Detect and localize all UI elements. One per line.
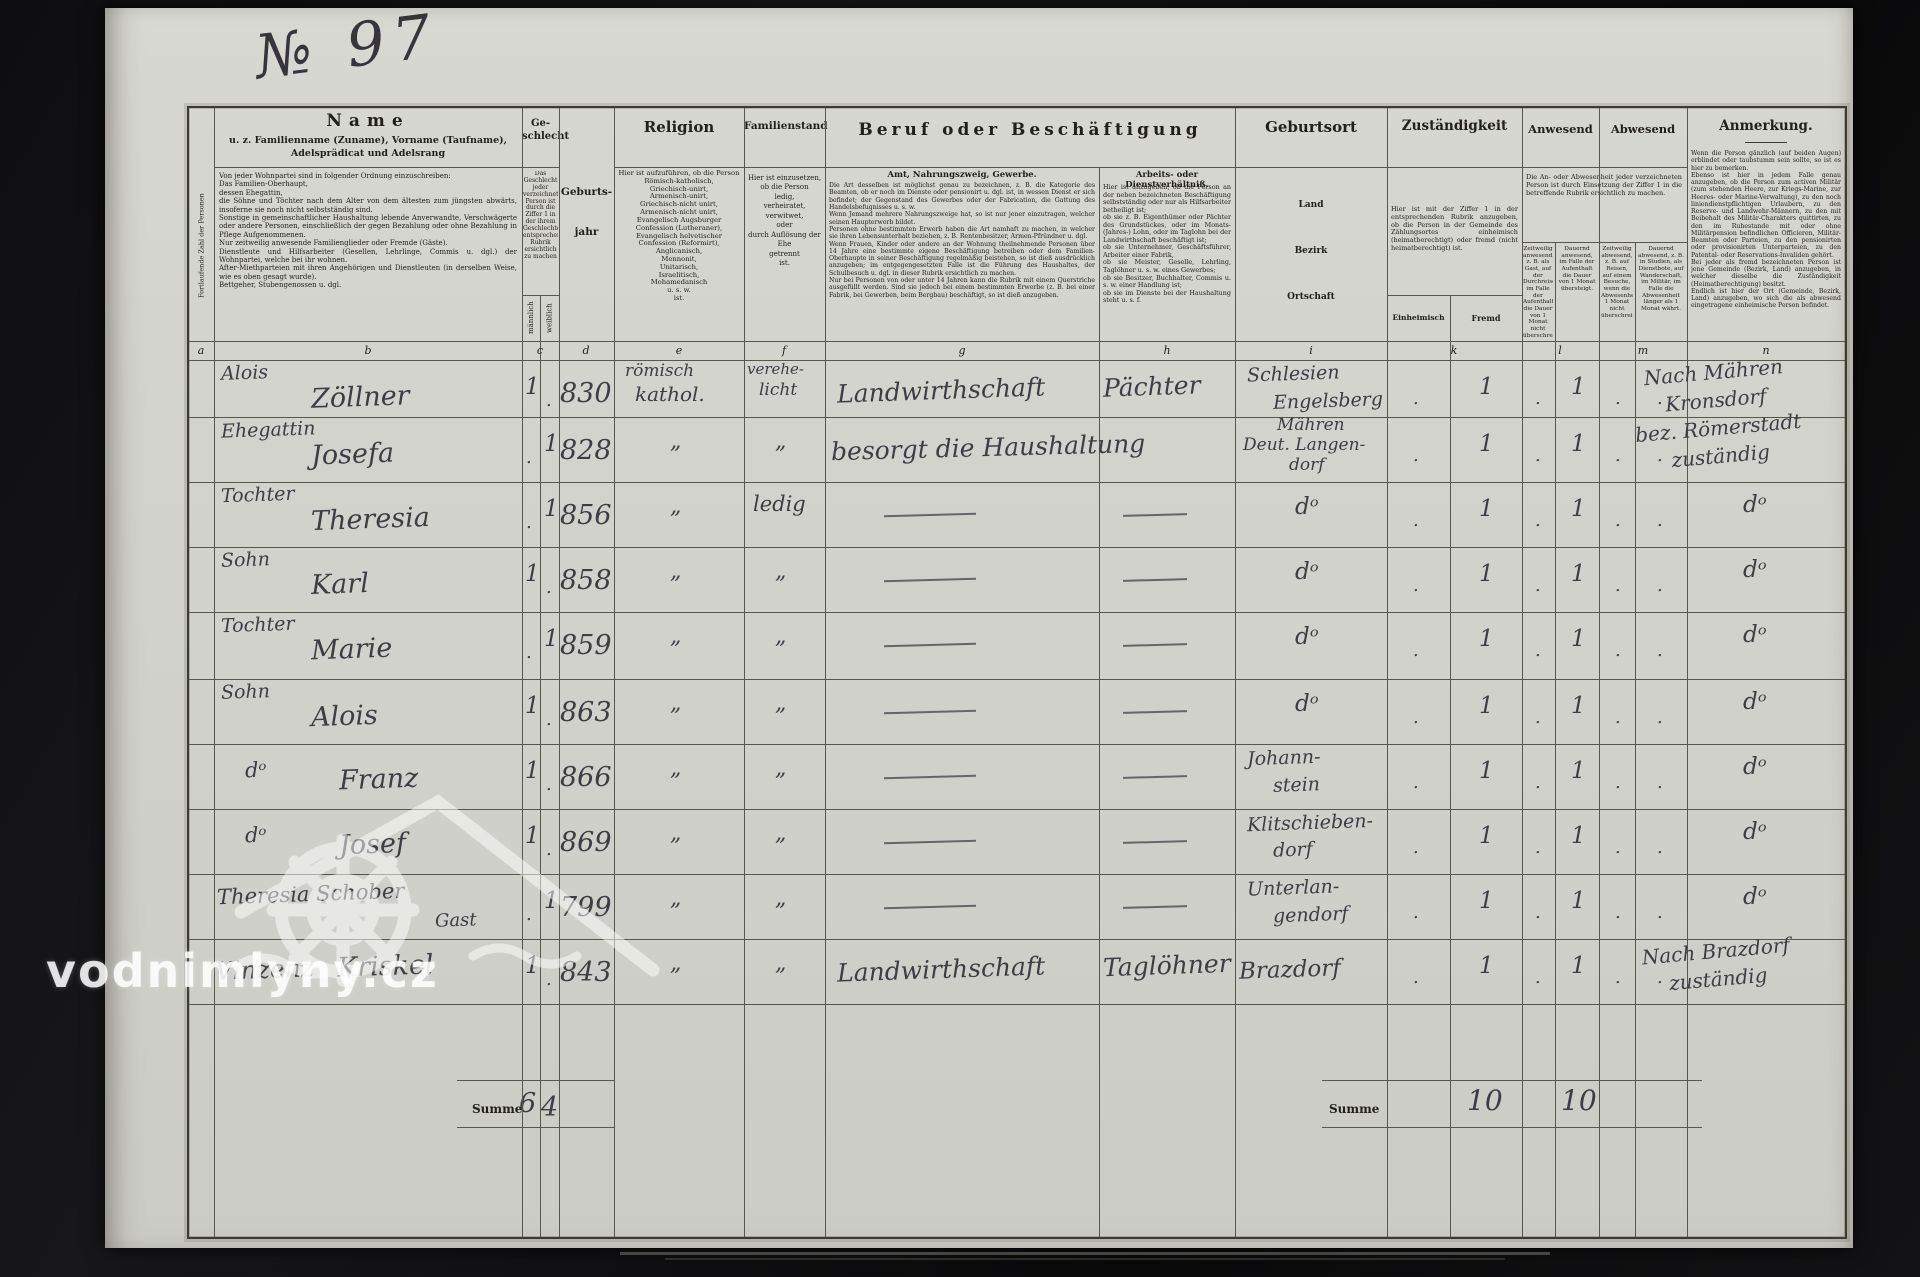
pen-dot: .: [1657, 575, 1663, 596]
table-line: [1322, 1127, 1702, 1128]
occupation-dash: [884, 840, 976, 844]
birthyear-column-title-line1: Geburts-: [559, 186, 614, 198]
pen-dot: .: [1615, 902, 1621, 923]
name-column-subtitle-1: u. z. Familienname (Zuname), Vorname (Ta…: [214, 135, 522, 146]
column-letter: h: [1157, 344, 1177, 357]
name-line: Sohn: [221, 680, 271, 704]
ditto-mark: „: [670, 951, 681, 976]
table-line: [1687, 108, 1688, 1237]
birthplace-land-label: Land: [1235, 200, 1387, 210]
sum-label-left: Summe: [472, 1102, 522, 1116]
remark-note: Nach Brazdorfzuständig: [1589, 926, 1845, 1004]
occupation-dash: [884, 578, 976, 582]
column-letter: l: [1550, 344, 1570, 357]
pen-dot: .: [1615, 772, 1621, 793]
absent-column-title: Abwesend: [1599, 122, 1687, 136]
table-line: [214, 108, 215, 1237]
birthplace-line: Deut. Langen-: [1243, 435, 1365, 455]
female-mark: 1: [544, 626, 559, 652]
ditto-mark: „: [670, 559, 681, 584]
ditto-mark: „: [775, 559, 786, 584]
present-mark: 1: [1571, 758, 1586, 784]
ditto-mark: „: [670, 494, 681, 519]
table-line: [614, 167, 1687, 168]
table-line: [1522, 108, 1523, 1237]
pen-dot: .: [1535, 772, 1541, 793]
religion-line: römisch: [625, 361, 694, 381]
name-line: Marie: [310, 633, 392, 667]
table-line: [1387, 108, 1388, 1237]
ditto-mark: „: [775, 886, 786, 911]
birthplace-line: Schlesien: [1247, 361, 1340, 386]
remarks-column-title: Anmerkung.: [1687, 118, 1845, 134]
page-edge-strip: [620, 1252, 1550, 1255]
present-mark: 1: [1571, 693, 1586, 719]
ditto-mark: „: [670, 429, 681, 454]
pen-dot: .: [1413, 902, 1419, 923]
pen-dot: .: [1657, 640, 1663, 661]
employment-dash: [1123, 710, 1187, 714]
table-line: [744, 108, 745, 1237]
name-column-instructions: Von jeder Wohnpartei sind in folgender O…: [219, 172, 517, 338]
occupation-dash: [884, 643, 976, 647]
ditto-do-mark: dᵒ: [1295, 559, 1319, 585]
name-line: Zöllner: [310, 380, 410, 414]
birthyear-value: 858: [560, 565, 612, 596]
column-letter: c: [530, 344, 550, 357]
religion-column-note: Hier ist aufzuführen, ob die Person Römi…: [617, 170, 741, 338]
male-mark: 1: [525, 561, 540, 587]
pen-dot: .: [546, 709, 552, 730]
ditto-mark: „: [775, 429, 786, 454]
present-permanent-note: Dauernd anwesend, im Falle der Aufenthal…: [1557, 246, 1597, 338]
fremd-mark: 1: [1479, 374, 1494, 400]
birthplace-bezirk-label: Bezirk: [1235, 246, 1387, 256]
column-letter: b: [358, 344, 378, 357]
pen-dot: .: [1615, 707, 1621, 728]
ditto-mark: „: [775, 756, 786, 781]
occupation-value: Landwirthschaft: [837, 951, 1046, 987]
occupation-subcolumn-note: Die Art desselben ist möglichst genau zu…: [829, 182, 1095, 338]
table-line: [559, 108, 560, 1237]
jurisdiction-column-title: Zuständigkeit: [1387, 118, 1522, 134]
employment-dash: [1123, 578, 1187, 582]
fremd-mark: 1: [1479, 693, 1494, 719]
occupation-dash: [884, 775, 976, 779]
ditto-do-mark: dᵒ: [1743, 689, 1767, 715]
sum-female-value: 4: [541, 1092, 558, 1123]
table-line: [1235, 108, 1236, 1237]
fremd-mark: 1: [1479, 758, 1494, 784]
document-page: № 97 Fortlaufende Zahl der Personen Name…: [105, 8, 1853, 1248]
pen-dot: .: [1413, 510, 1419, 531]
column-letter: e: [669, 344, 689, 357]
name-line: Alois: [221, 361, 269, 385]
gender-column-note: Das Geschlecht jeder verzeichneten Perso…: [523, 171, 558, 293]
table-line: [825, 108, 826, 1237]
ditto-mark: „: [775, 691, 786, 716]
ditto-mark: „: [775, 951, 786, 976]
employment-value: Taglöhner: [1103, 949, 1232, 982]
column-a-label: Fortlaufende Zahl der Personen: [190, 138, 213, 353]
pen-dot: .: [1413, 575, 1419, 596]
pen-dot: .: [1413, 772, 1419, 793]
table-line: [522, 108, 523, 1237]
ditto-mark: „: [775, 624, 786, 649]
employment-dash: [1123, 513, 1187, 517]
pen-dot: .: [1615, 445, 1621, 466]
pen-dot: .: [526, 512, 532, 533]
column-letter: g: [952, 344, 972, 357]
birthplace-line: Klitschieben-: [1247, 810, 1374, 836]
male-mark: 1: [525, 693, 540, 719]
birthyear-value: 830: [560, 378, 612, 409]
pen-dot: .: [546, 390, 552, 411]
occupation-value: Landwirthschaft: [837, 372, 1046, 408]
marital-line: licht: [759, 380, 797, 400]
ditto-do-mark: dᵒ: [1743, 819, 1767, 845]
birthplace-line: Brazdorf: [1239, 955, 1342, 985]
employment-dash: [1123, 905, 1187, 909]
pen-dot: .: [1535, 902, 1541, 923]
pen-dot: .: [1657, 707, 1663, 728]
column-letter: f: [774, 344, 794, 357]
name-line: Theresia: [310, 502, 430, 537]
name-line: dᵒ: [245, 758, 267, 783]
name-column-title: Name: [214, 111, 522, 131]
table-line: [540, 295, 541, 1237]
birthplace-line: gendorf: [1273, 903, 1349, 928]
female-mark: 1: [544, 496, 559, 522]
table-line: [457, 1127, 614, 1128]
column-letter: a: [191, 344, 211, 357]
gender-column-title: Ge- schlecht: [522, 118, 559, 143]
page-number: № 97: [251, 1, 442, 93]
name-line: Sohn: [221, 548, 271, 572]
marital-column-title: Familienstand: [744, 120, 825, 132]
ditto-do-mark: dᵒ: [1743, 754, 1767, 780]
table-line: [614, 108, 615, 1237]
pen-dot: .: [1413, 640, 1419, 661]
pen-dot: .: [1535, 510, 1541, 531]
name-column-subtitle-2: Adelsprädicat und Adelsrang: [214, 148, 522, 159]
present-mark: 1: [1571, 953, 1586, 979]
ditto-mark: „: [670, 756, 681, 781]
ditto-do-mark: dᵒ: [1743, 884, 1767, 910]
ditto-do-mark: dᵒ: [1295, 624, 1319, 650]
photo-background: № 97 Fortlaufende Zahl der Personen Name…: [0, 0, 1920, 1277]
page-edge-strip: [665, 1258, 1505, 1260]
absent-permanent-note: Dauernd abwesend, z. B. in Studien, als …: [1637, 246, 1685, 338]
birthplace-line: dorf: [1273, 838, 1313, 861]
pen-dot: .: [1535, 388, 1541, 409]
name-line: Ehegattin: [221, 417, 316, 442]
ditto-mark: „: [670, 886, 681, 911]
pen-dot: .: [1413, 707, 1419, 728]
marital-line: verehe-: [747, 360, 804, 378]
marital-column-note: Hier ist einzusetzen, ob die Person ledi…: [746, 174, 823, 336]
birthplace-column-title: Geburtsort: [1235, 118, 1387, 136]
pen-dot: .: [1413, 837, 1419, 858]
pen-dot: .: [1657, 510, 1663, 531]
fremd-mark: 1: [1479, 888, 1494, 914]
table-line: [189, 482, 1845, 483]
fremd-mark: 1: [1479, 626, 1494, 652]
absent-temporary-note: Zeitweilig abwesend, z. B. auf Reisen, a…: [1601, 246, 1633, 338]
female-mark: 1: [544, 431, 559, 457]
pen-dot: .: [1615, 837, 1621, 858]
pen-dot: .: [1535, 575, 1541, 596]
employment-dash: [1123, 775, 1187, 779]
marital-value: ledig: [753, 492, 806, 516]
table-line: [1555, 242, 1556, 1237]
occupation-subcolumn-title: Amt, Nahrungszweig, Gewerbe.: [829, 170, 1095, 180]
birthplace-line: dorf: [1289, 455, 1325, 475]
sum-fremd-value: 10: [1467, 1084, 1503, 1117]
ditto-mark: „: [670, 821, 681, 846]
table-line: [214, 167, 559, 168]
religion-column-title: Religion: [614, 118, 744, 136]
native-subcolumn-label: Einheimisch: [1387, 313, 1450, 322]
ditto-mark: „: [670, 624, 681, 649]
pen-dot: .: [1413, 445, 1419, 466]
table-line: [189, 360, 1845, 361]
table-line: [1322, 1080, 1702, 1081]
present-mark: 1: [1571, 626, 1586, 652]
pen-dot: .: [1615, 640, 1621, 661]
table-line: [1599, 108, 1600, 1237]
table-line: [189, 744, 1845, 745]
table-line: [189, 612, 1845, 613]
employment-dash: [1123, 643, 1187, 647]
table-line: [189, 679, 1845, 680]
pen-dot: .: [1657, 772, 1663, 793]
table-line: [1522, 242, 1687, 243]
name-line: Josefa: [310, 438, 394, 472]
birthplace-line: Mähren: [1277, 415, 1345, 435]
name-line: Tochter: [221, 483, 295, 508]
present-mark: 1: [1571, 823, 1586, 849]
birthyear-value: 863: [560, 697, 612, 728]
table-line: [189, 341, 1845, 342]
table-line: [1099, 167, 1100, 1237]
birthplace-line: Engelsberg: [1273, 388, 1384, 414]
pen-dot: .: [1615, 575, 1621, 596]
birthyear-value: 828: [560, 435, 612, 466]
ditto-do-mark: dᵒ: [1295, 691, 1319, 717]
fremd-mark: 1: [1479, 823, 1494, 849]
ditto-mark: „: [670, 691, 681, 716]
presence-shared-note: Die An- oder Abwesenheit jeder verzeichn…: [1526, 174, 1682, 236]
occupation-dash: [884, 905, 976, 909]
table-line: [1387, 295, 1522, 296]
pen-dot: .: [1535, 967, 1541, 988]
ditto-do-mark: dᵒ: [1743, 557, 1767, 583]
table-line: [457, 1080, 614, 1081]
birthyear-value: 856: [560, 500, 612, 531]
pen-dot: .: [1657, 902, 1663, 923]
fremd-mark: 1: [1479, 496, 1494, 522]
present-mark: 1: [1571, 431, 1586, 457]
remarks-column-note: Wenn die Person gänzlich (auf beiden Aug…: [1691, 150, 1841, 340]
male-subcolumn-label: männlich: [522, 297, 540, 339]
present-mark: 1: [1571, 496, 1586, 522]
employment-subcolumn-note: Hier ist anzugeben, ob die Person an der…: [1103, 184, 1231, 338]
birthyear-value: 859: [560, 630, 612, 661]
present-temporary-note: Zeitweilig anwesend, z. B. als Gast, auf…: [1523, 246, 1553, 338]
sum-label-right: Summe: [1329, 1102, 1379, 1116]
column-letter: m: [1633, 344, 1653, 357]
column-letter: i: [1301, 344, 1321, 357]
present-mark: 1: [1571, 561, 1586, 587]
pen-dot: .: [1657, 445, 1663, 466]
remarks-title-rule: [1745, 142, 1787, 143]
pen-dot: .: [1413, 388, 1419, 409]
employment-dash: [1123, 840, 1187, 844]
birthyear-column-title-line2: jahr: [559, 226, 614, 238]
pen-dot: .: [1535, 837, 1541, 858]
fremd-mark: 1: [1479, 953, 1494, 979]
watermark-text: vodnimlyny.cz: [46, 944, 439, 998]
name-line: Karl: [310, 568, 369, 601]
pen-dot: .: [1615, 510, 1621, 531]
fremd-mark: 1: [1479, 431, 1494, 457]
ditto-mark: „: [775, 821, 786, 846]
occupation-dash: [884, 710, 976, 714]
pen-dot: .: [526, 642, 532, 663]
table-line: [522, 295, 559, 296]
present-column-title: Anwesend: [1522, 122, 1599, 136]
ditto-do-mark: dᵒ: [1743, 622, 1767, 648]
birthplace-ortschaft-label: Ortschaft: [1235, 292, 1387, 302]
pen-dot: .: [1657, 837, 1663, 858]
employment-value: Pächter: [1103, 370, 1201, 402]
female-subcolumn-label: weiblich: [540, 297, 559, 339]
name-line: Alois: [310, 700, 378, 733]
census-table: Fortlaufende Zahl der Personen Name u. z…: [187, 106, 1847, 1239]
birthplace-line: Unterlan-: [1247, 875, 1340, 900]
foreign-subcolumn-label: Fremd: [1450, 313, 1522, 323]
column-letter: d: [576, 344, 596, 357]
table-line: [1450, 295, 1451, 1237]
birthplace-line: Johann-: [1247, 746, 1321, 771]
table-line: [189, 1004, 1845, 1005]
birthplace-line: stein: [1273, 773, 1321, 797]
table-line: [189, 547, 1845, 548]
pen-dot: .: [526, 447, 532, 468]
column-letter: k: [1444, 344, 1464, 357]
jurisdiction-column-note: Hier ist mit der Ziffer 1 in der entspre…: [1391, 206, 1518, 292]
present-mark: 1: [1571, 374, 1586, 400]
pen-dot: .: [1535, 707, 1541, 728]
present-mark: 1: [1571, 888, 1586, 914]
ditto-do-mark: dᵒ: [1743, 492, 1767, 518]
name-line: Tochter: [221, 613, 295, 638]
occupation-dash: [884, 513, 976, 517]
male-mark: 1: [525, 374, 540, 400]
sum-present-value: 10: [1561, 1084, 1597, 1117]
pen-dot: .: [1535, 445, 1541, 466]
occupation-group-title: Beruf oder Beschäftigung: [825, 120, 1235, 140]
pen-dot: .: [1535, 640, 1541, 661]
pen-dot: .: [1413, 967, 1419, 988]
pen-dot: .: [546, 577, 552, 598]
remark-note: Nach MährenKronsdorfbez. Römerstadtzustä…: [1587, 347, 1848, 481]
fremd-mark: 1: [1479, 561, 1494, 587]
religion-line: kathol.: [635, 382, 705, 406]
ditto-do-mark: dᵒ: [1295, 494, 1319, 520]
